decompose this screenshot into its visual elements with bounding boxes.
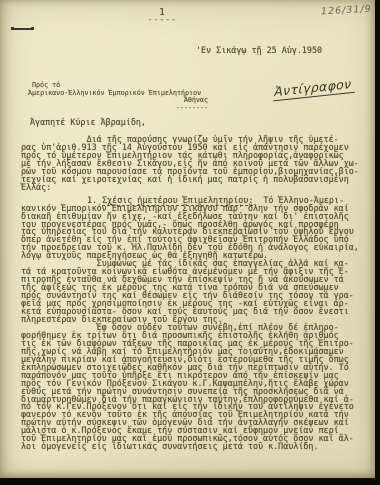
paragraph-4: Ἐφ ὅσον οὐδέν τούτων συνέβη,ἐπί πλέον δέ… (21, 324, 371, 451)
paragraph-1: Διά τῆς παρούσης γνωρίζω ὑμῖν τήν λῆψιν … (21, 136, 371, 192)
letter-page: 126/31/9 1 ----- 'Εν Σικάγῳ τῇ 25 Αὐγ.19… (0, 0, 375, 478)
dateline: 'Εν Σικάγῳ τῇ 25 Αὐγ.1950 (196, 47, 322, 55)
recipient-underline: -------- (28, 105, 210, 113)
archive-number: 126/31/9 (321, 4, 372, 18)
salutation: Ἀγαπητέ Κύριε Ἀβραμίδη, (30, 119, 146, 127)
copy-annotation: Ἀντίγραφον (273, 76, 354, 102)
page-number-underline: ----- (145, 18, 179, 23)
recipient-line-2: Ἀμερικανο-Ἑλληνικόν Ἐμπορικόν Ἐπιμελητήρ… (28, 90, 210, 98)
recipient-block: Πρός τό Ἀμερικανο-Ἑλληνικόν Ἐμπορικόν Ἐπ… (28, 82, 210, 112)
letter-body: Διά τῆς παρούσης γνωρίζω ὑμῖν τήν λῆψιν … (21, 136, 371, 451)
paragraph-3: Συμφώνως μέ τάς ἰδικάς σας ἐπαγγελίας ἀλ… (21, 260, 371, 324)
page-number-block: 1 ----- (145, 8, 179, 23)
pencil-mark (12, 28, 33, 30)
document-photo: 126/31/9 1 ----- 'Εν Σικάγῳ τῇ 25 Αὐγ.19… (0, 0, 380, 485)
paragraph-2: κανικόν Ἐμπορικόν Ἐπιμελητήριον Σικάγου … (21, 205, 371, 261)
